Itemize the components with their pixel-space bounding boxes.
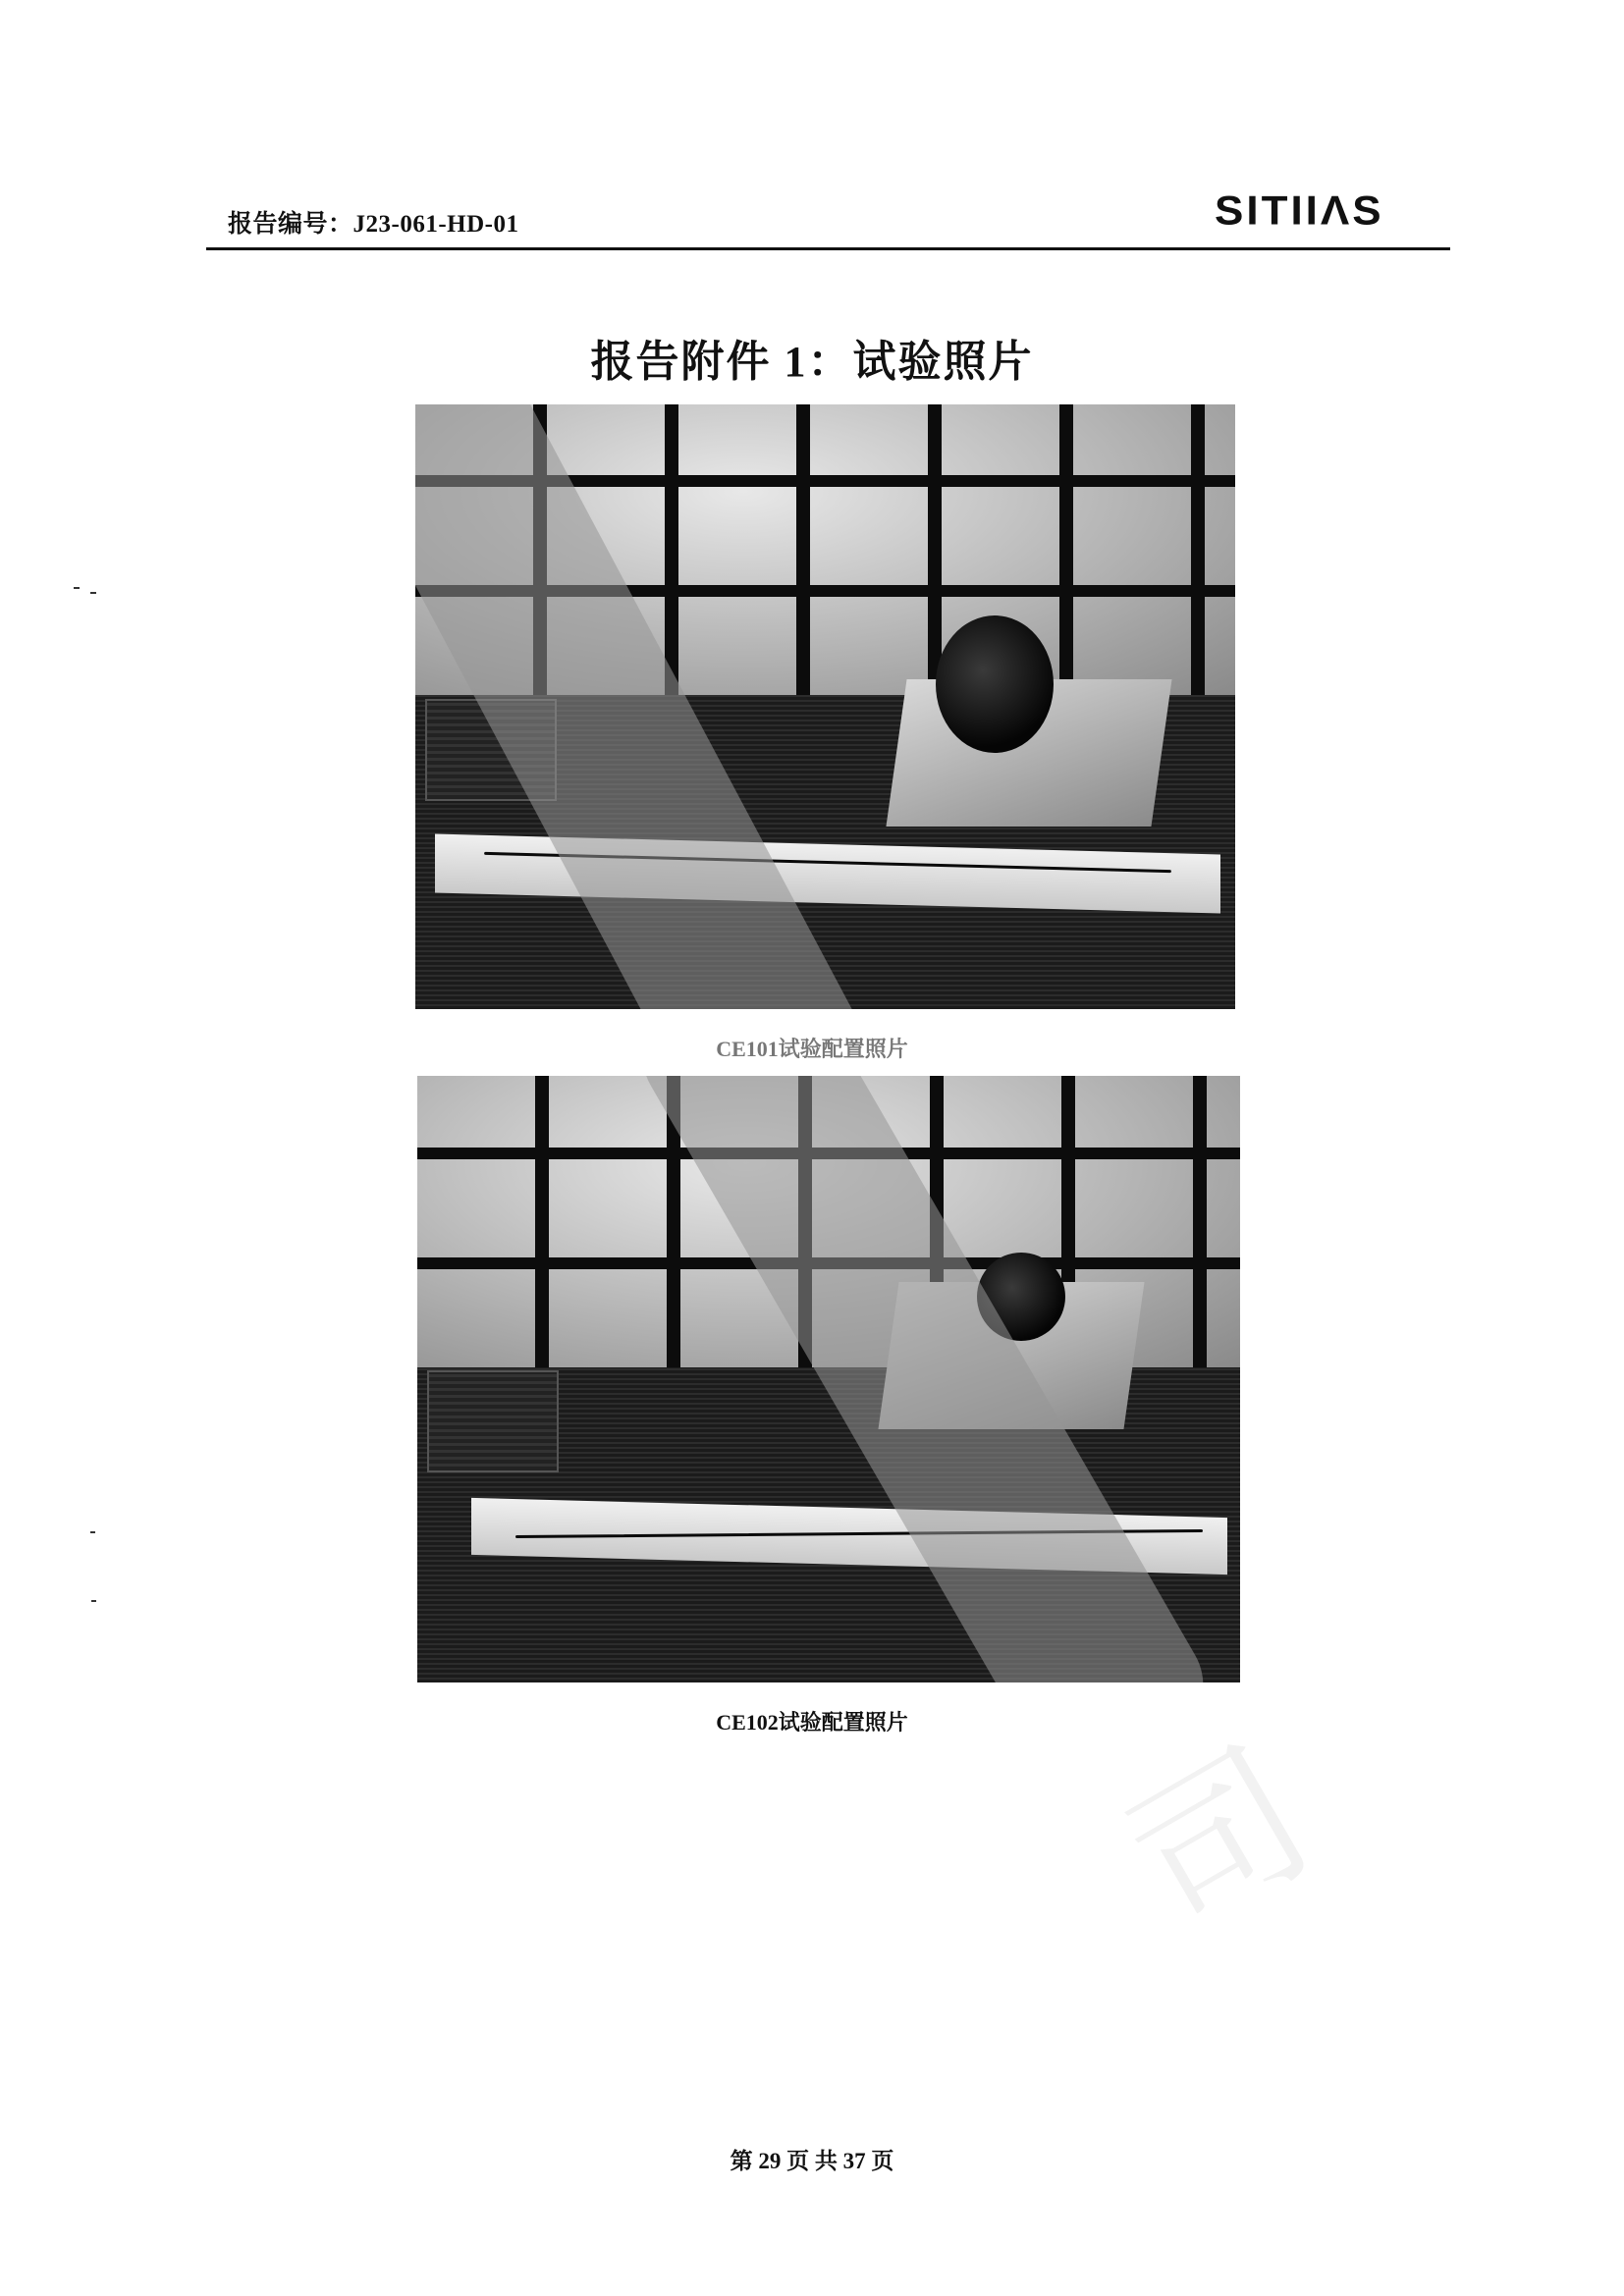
device-under-test: [936, 615, 1054, 753]
scan-speck: [90, 1531, 95, 1533]
company-logo: SITIIΛS: [1215, 187, 1384, 235]
photo-caption-ce101: CE101试验配置照片: [0, 1033, 1624, 1063]
report-number-value: J23-061-HD-01: [353, 211, 519, 238]
page-title: 报告附件 1：试验照片: [0, 326, 1624, 389]
report-number: 报告编号：J23-061-HD-01: [228, 204, 519, 240]
scan-speck: [91, 1600, 96, 1602]
test-photo-ce102: [417, 1076, 1240, 1682]
report-number-label: 报告编号：: [228, 211, 353, 238]
scan-speck: [90, 592, 96, 594]
scan-speck: [74, 587, 80, 589]
equipment-box: [427, 1370, 559, 1472]
header-divider: [206, 247, 1450, 250]
page-number: 第 29 页 共 37 页: [0, 2143, 1624, 2175]
test-photo-ce101: [415, 404, 1235, 1009]
photo-caption-ce102: CE102试验配置照片: [0, 1706, 1624, 1736]
